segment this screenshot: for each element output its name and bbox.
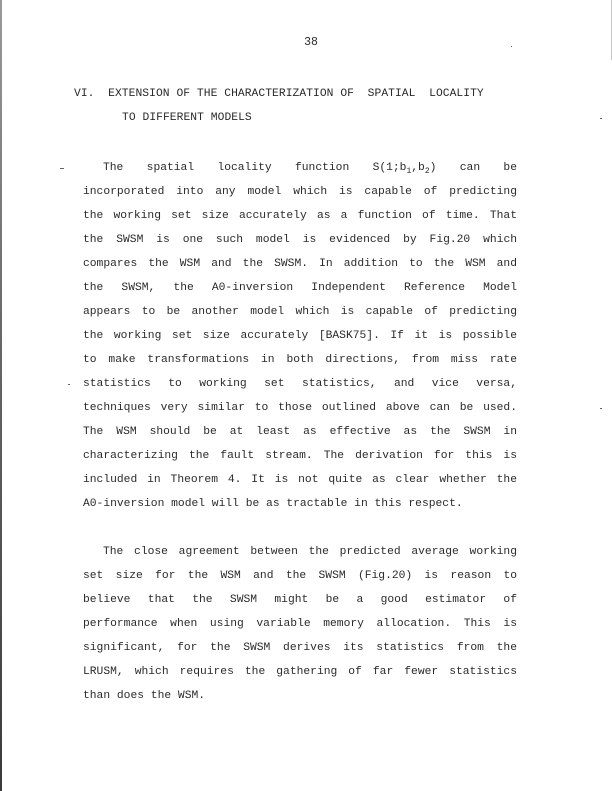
paragraph-line: the working set size accurately as a fun… — [83, 208, 517, 224]
paragraph-line: The close agreement between the predicte… — [103, 544, 517, 560]
paragraph-line: The WSM should be at least as effective … — [83, 424, 517, 440]
paragraph-line: to make transformations in both directio… — [83, 352, 517, 368]
scan-speck — [600, 118, 602, 119]
text-fragment: The spatial locality function — [103, 162, 349, 174]
paragraph-line: techniques very similar to those outline… — [83, 400, 517, 416]
scan-left-edge — [0, 0, 2, 791]
scan-speck — [600, 408, 602, 409]
section-heading-line-2: TO DIFFERENT MODELS — [122, 112, 252, 124]
paragraph-line: performance when using variable memory a… — [83, 616, 517, 632]
paragraph-line: incorporated into any model which is cap… — [83, 184, 517, 200]
scan-speck — [60, 168, 64, 169]
paragraph-line: characterizing the fault stream. The der… — [83, 448, 517, 464]
paragraph-line: believe that the SWSM might be a good es… — [83, 592, 517, 608]
page-number: 38 — [0, 36, 612, 49]
paragraph-line: included in Theorem 4. It is not quite a… — [83, 472, 517, 488]
paragraph-line: the SWSM, the A0-inversion Independent R… — [83, 280, 517, 296]
scan-speck — [68, 384, 70, 385]
paragraph-line: set size for the WSM and the SWSM (Fig.2… — [83, 568, 517, 584]
paragraph-line: LRUSM, which requires the gathering of f… — [83, 664, 517, 680]
paragraph-line: A0-inversion model will be as tractable … — [83, 496, 517, 512]
paragraph-line: significant, for the SWSM derives its st… — [83, 640, 517, 656]
paragraph-line: than does the WSM. — [83, 688, 517, 704]
paragraph-line: appears to be another model which is cap… — [83, 304, 517, 320]
paragraph-line: the working set size accurately [BASK75]… — [83, 328, 517, 344]
scan-speck — [511, 46, 512, 47]
text-fragment: can be — [460, 162, 517, 174]
paragraph-line: compares the WSM and the SWSM. In additi… — [83, 256, 517, 272]
section-heading-line-1: VI. EXTENSION OF THE CHARACTERIZATION OF… — [74, 88, 484, 100]
paragraph-line: the SWSM is one such model is evidenced … — [83, 232, 517, 248]
paragraph-line: statistics to working set statistics, an… — [83, 376, 517, 392]
spatial-locality-formula: S(1;b1,b2) — [373, 162, 437, 174]
paragraph-line: The spatial locality function S(1;b1,b2)… — [103, 160, 517, 176]
